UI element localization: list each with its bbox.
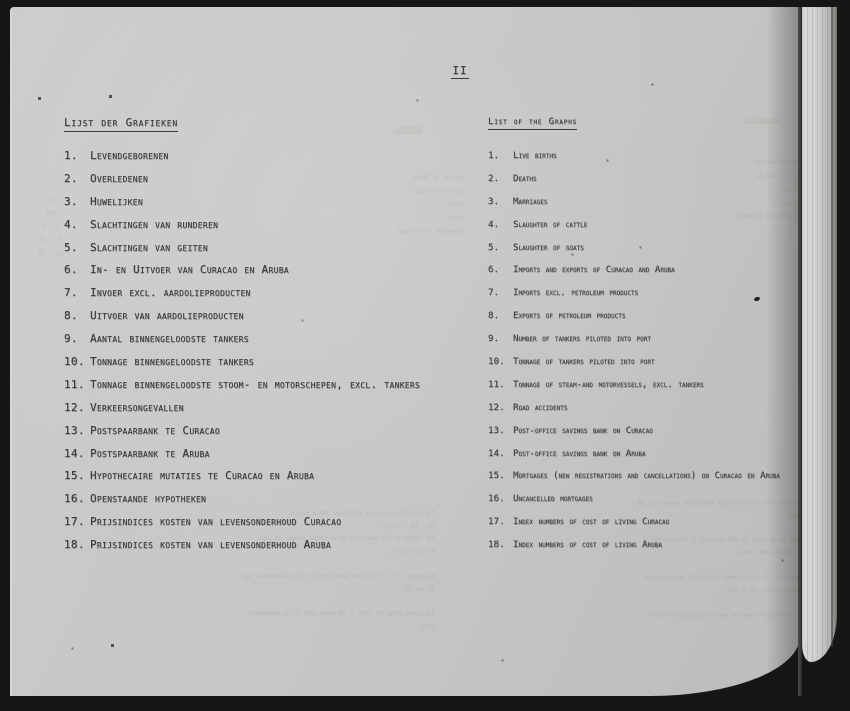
item-number: 16. xyxy=(64,488,90,511)
list-item: 16.Openstaande hypotheken xyxy=(64,488,484,511)
item-number: 10. xyxy=(64,351,90,374)
item-label: Prijsindices kosten van levensonderhoud … xyxy=(90,538,331,551)
list-item: 7.Invoer excl. aardolieproducten xyxy=(64,282,484,305)
item-label: Live births xyxy=(513,150,557,161)
list-item: 8.Uitvoer van aardolieproducten xyxy=(64,305,484,328)
ghost-line: The headers behind the titles of the gra… xyxy=(50,607,435,620)
ghost-line: An asterisk (*) at the column number ref… xyxy=(50,570,435,583)
item-number: 7. xyxy=(488,282,513,305)
item-label: Tonnage binnengeloodste stoom- en motors… xyxy=(90,378,420,391)
list-item: 1.Levendgeborenen xyxy=(64,145,484,168)
item-label: Slachtingen van geiten xyxy=(90,241,208,254)
ghost-line: 21 and 22. xyxy=(50,583,435,596)
list-item: 17.Index numbers of cost of living Curac… xyxy=(488,511,800,534)
list-item: 13.Postspaarbank te Curacao xyxy=(64,420,484,443)
list-item: 14.Post-office savings bank on Aruba xyxy=(488,443,800,466)
right-graph-list: 1.Live births2.Deaths3.Marriages4.Slaugh… xyxy=(488,145,800,557)
list-item: 5.Slaughter of goats xyxy=(488,237,800,260)
list-item: 4.Slachtingen van runderen xyxy=(64,214,484,237)
item-number: 2. xyxy=(64,168,90,191)
ghost-line: Een sterretje (*) bij het nummer der kol… xyxy=(480,571,800,584)
list-item: 8.Exports of petroleum products xyxy=(488,305,800,328)
item-label: Uncancelled mortgages xyxy=(513,493,593,504)
list-item: 6.Imports and exports of Curacao and Aru… xyxy=(488,259,800,282)
item-number: 11. xyxy=(64,374,90,397)
list-item: 2.Deaths xyxy=(488,168,800,191)
ghost-line: 21 - 22 xyxy=(34,247,68,261)
list-item: 15.Mortgages (new registrations and canc… xyxy=(488,465,800,488)
item-label: Number of tankers piloted into port xyxy=(513,333,651,344)
item-label: Invoer excl. aardolieproducten xyxy=(90,286,251,299)
item-label: Hypothecaire mutaties te Curacao en Arub… xyxy=(90,469,314,482)
item-label: Tonnage of tankers piloted into port xyxy=(513,356,655,367)
list-item: 18.Prijsindices kosten van levensonderho… xyxy=(64,534,484,557)
item-number: 14. xyxy=(64,443,90,466)
item-number: 12. xyxy=(488,397,513,420)
left-graph-list: 1.Levendgeborenen2.Overledenen3.Huwelijk… xyxy=(64,145,484,557)
list-item: 7.Imports excl. petroleum products xyxy=(488,282,800,305)
item-label: Post-office savings bank on Aruba xyxy=(513,448,646,459)
item-number: 13. xyxy=(64,420,90,443)
item-number: 3. xyxy=(488,191,513,214)
item-number: 1. xyxy=(488,145,513,168)
list-item: 15.Hypothecaire mutaties te Curacao en A… xyxy=(64,465,484,488)
item-label: Uitvoer van aardolieproducten xyxy=(90,309,244,322)
item-number: 5. xyxy=(488,237,513,260)
item-number: 11. xyxy=(488,374,513,397)
item-number: 18. xyxy=(64,534,90,557)
ghost-line: 5 - 20 xyxy=(34,234,68,248)
list-item: 10.Tonnage binnengeloodste tankers xyxy=(64,351,484,374)
item-number: 8. xyxy=(488,305,513,328)
scanned-book-photo: Contents: List of the GraphsList of the … xyxy=(0,0,850,711)
item-label: Deaths xyxy=(513,173,537,184)
page-fold-shadow xyxy=(766,7,800,696)
list-item: 12.Road accidents xyxy=(488,397,800,420)
item-number: 5. xyxy=(64,237,90,260)
list-item: 10.Tonnage of tankers piloted into port xyxy=(488,351,800,374)
item-label: Imports excl. petroleum products xyxy=(513,287,638,298)
item-label: Verkeersongevallen xyxy=(90,401,184,414)
item-label: Index numbers of cost of living Aruba xyxy=(513,539,662,550)
page-number: II xyxy=(440,64,480,77)
item-label: Slachtingen van runderen xyxy=(90,218,218,231)
item-number: 4. xyxy=(488,214,513,237)
item-number: 1. xyxy=(64,145,90,168)
item-label: Overledenen xyxy=(90,172,148,185)
ghost-line: 1 - 3 xyxy=(34,220,68,234)
list-item: 9.Number of tankers piloted into port xyxy=(488,328,800,351)
item-label: Huwelijken xyxy=(90,195,143,208)
item-number: 14. xyxy=(488,443,513,466)
item-number: 18. xyxy=(488,534,513,557)
list-item: 1.Live births xyxy=(488,145,800,168)
ghost-contents-title-en: Contents: xyxy=(312,125,422,133)
list-item: 18.Index numbers of cost of living Aruba xyxy=(488,534,800,557)
list-item: 3.Marriages xyxy=(488,191,800,214)
item-label: Exports of petroleum products xyxy=(513,310,625,321)
item-number: 3. xyxy=(64,191,90,214)
item-number: 2. xyxy=(488,168,513,191)
item-label: Postspaarbank te Curacao xyxy=(90,424,220,437)
page-number-text: II xyxy=(451,64,468,79)
list-item: 9.Aantal binnengeloodste tankers xyxy=(64,328,484,351)
item-label: Road accidents xyxy=(513,402,567,413)
left-list-title: Lijst der Grafieken xyxy=(64,116,178,129)
list-item: 11.Tonnage of steam-and motorvessels, ex… xyxy=(488,374,800,397)
right-list-title-text: List of the Graphs xyxy=(488,116,577,130)
list-item: 12.Verkeersongevallen xyxy=(64,397,484,420)
ghost-line: III xyxy=(34,207,68,221)
list-item: 13.Post-office savings bank on Curacao xyxy=(488,420,800,443)
book-page: Contents: List of the GraphsList of the … xyxy=(10,7,800,696)
ghost-line: toelichting op blz. 21 en 22. xyxy=(480,584,800,597)
dust-specks xyxy=(12,7,13,8)
item-label: Tonnage of steam-and motorvessels, excl.… xyxy=(513,379,704,390)
item-number: 16. xyxy=(488,488,513,511)
list-item: 16.Uncancelled mortgages xyxy=(488,488,800,511)
item-label: Openstaande hypotheken xyxy=(90,492,206,505)
item-label: Aantal binnengeloodste tankers xyxy=(90,332,249,345)
item-label: Post-office savings bank on Curacao xyxy=(513,425,653,436)
item-label: Index numbers of cost of living Curacao xyxy=(513,516,669,527)
right-list-title: List of the Graphs xyxy=(488,116,577,127)
fore-edge-page-line xyxy=(831,7,833,647)
item-label: Levendgeborenen xyxy=(90,149,169,162)
item-number: 4. xyxy=(64,214,90,237)
item-number: 8. xyxy=(64,305,90,328)
ghost-line: Achter de opschriften boven de grafieken… xyxy=(480,609,800,622)
ghost-contents-pagenumbers: IIIII1 - 35 - 2021 - 22 xyxy=(34,193,68,261)
item-number: 15. xyxy=(64,465,90,488)
list-item: 11.Tonnage binnengeloodste stoom- en mot… xyxy=(64,374,484,397)
item-number: 12. xyxy=(64,397,90,420)
left-list-title-text: Lijst der Grafieken xyxy=(64,116,178,132)
item-label: Slaughter of cattle xyxy=(513,219,587,230)
list-item: 14.Postspaarbank te Aruba xyxy=(64,443,484,466)
list-item: 2.Overledenen xyxy=(64,168,484,191)
list-item: 6.In- en Uitvoer van Curacao en Aruba xyxy=(64,259,484,282)
item-label: Slaughter of goats xyxy=(513,242,584,253)
ghost-line: tables. xyxy=(50,620,435,633)
list-item: 17.Prijsindices kosten van levensonderho… xyxy=(64,511,484,534)
list-item: 5.Slachtingen van geiten xyxy=(64,237,484,260)
list-item: 4.Slaughter of cattle xyxy=(488,214,800,237)
item-label: Marriages xyxy=(513,196,547,207)
list-item: 3.Huwelijken xyxy=(64,191,484,214)
item-label: Prijsindices kosten van levensonderhoud … xyxy=(90,515,341,528)
item-number: 9. xyxy=(488,328,513,351)
ghost-line: II xyxy=(34,193,68,207)
item-number: 17. xyxy=(64,511,90,534)
item-label: Postspaarbank te Aruba xyxy=(90,447,210,460)
item-label: Tonnage binnengeloodste tankers xyxy=(90,355,254,368)
item-label: Mortgages (new registrations and cancell… xyxy=(513,470,780,481)
item-number: 17. xyxy=(488,511,513,534)
item-number: 9. xyxy=(64,328,90,351)
item-number: 15. xyxy=(488,465,513,488)
item-number: 13. xyxy=(488,420,513,443)
item-number: 10. xyxy=(488,351,513,374)
item-number: 6. xyxy=(64,259,90,282)
item-label: Imports and exports of Curacao and Aruba xyxy=(513,264,675,275)
item-label: In- en Uitvoer van Curacao en Aruba xyxy=(90,263,289,276)
item-number: 7. xyxy=(64,282,90,305)
item-number: 6. xyxy=(488,259,513,282)
